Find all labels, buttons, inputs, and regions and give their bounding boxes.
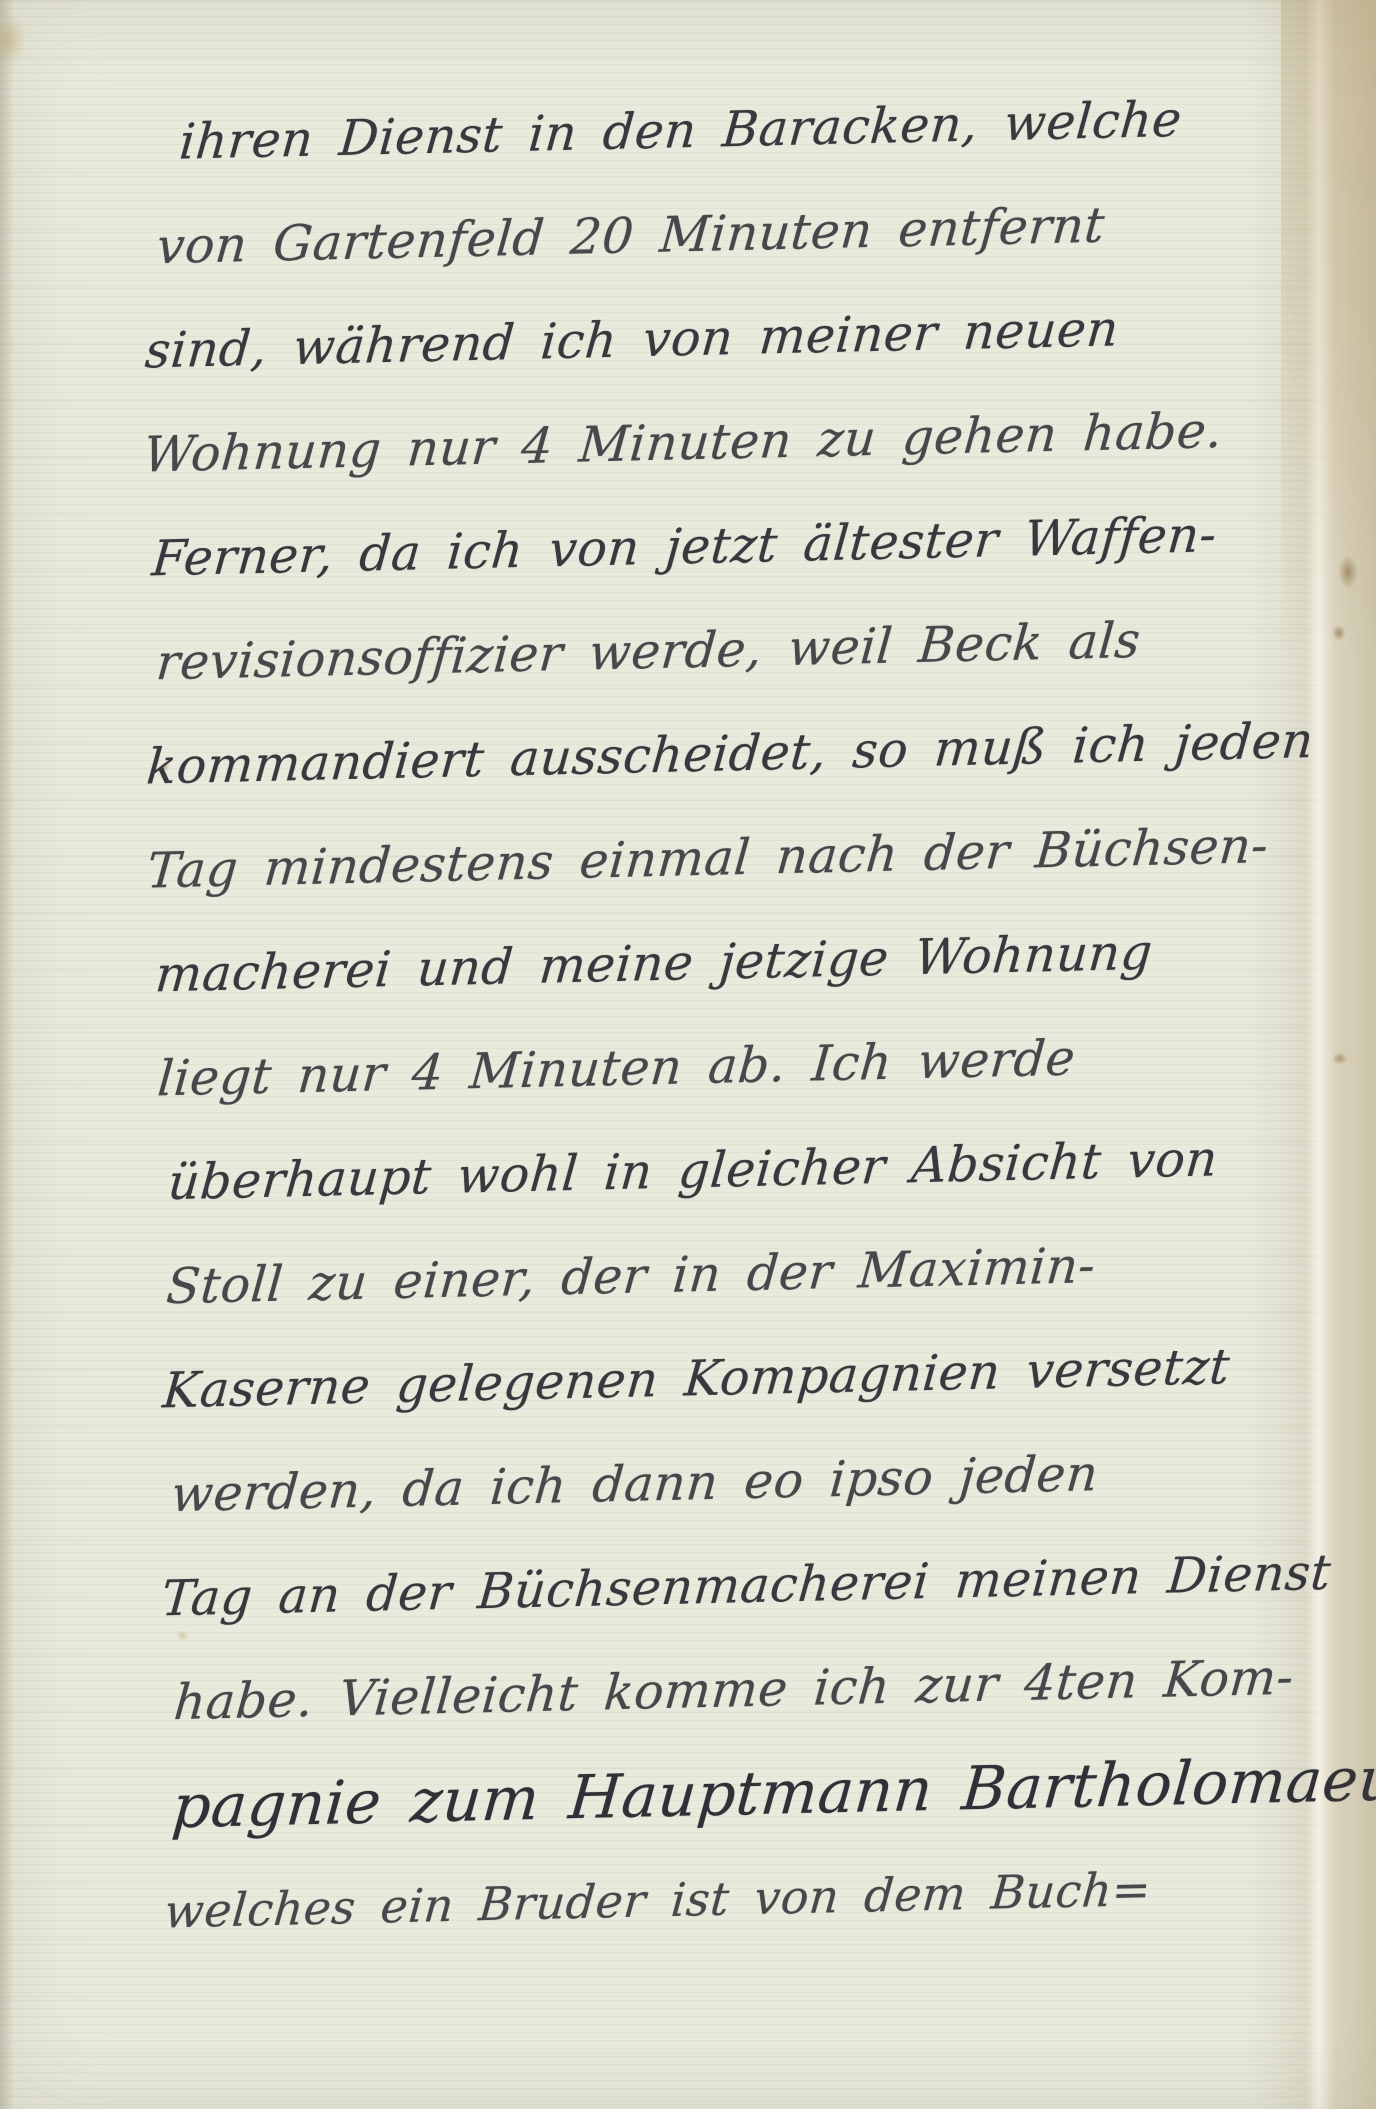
page-left-edge xyxy=(0,0,14,2109)
paper-stain xyxy=(0,14,26,66)
handwriting-block: ihren Dienst in den Baracken, welche von… xyxy=(118,65,1362,1964)
letter-page: ihren Dienst in den Baracken, welche von… xyxy=(0,0,1376,2109)
